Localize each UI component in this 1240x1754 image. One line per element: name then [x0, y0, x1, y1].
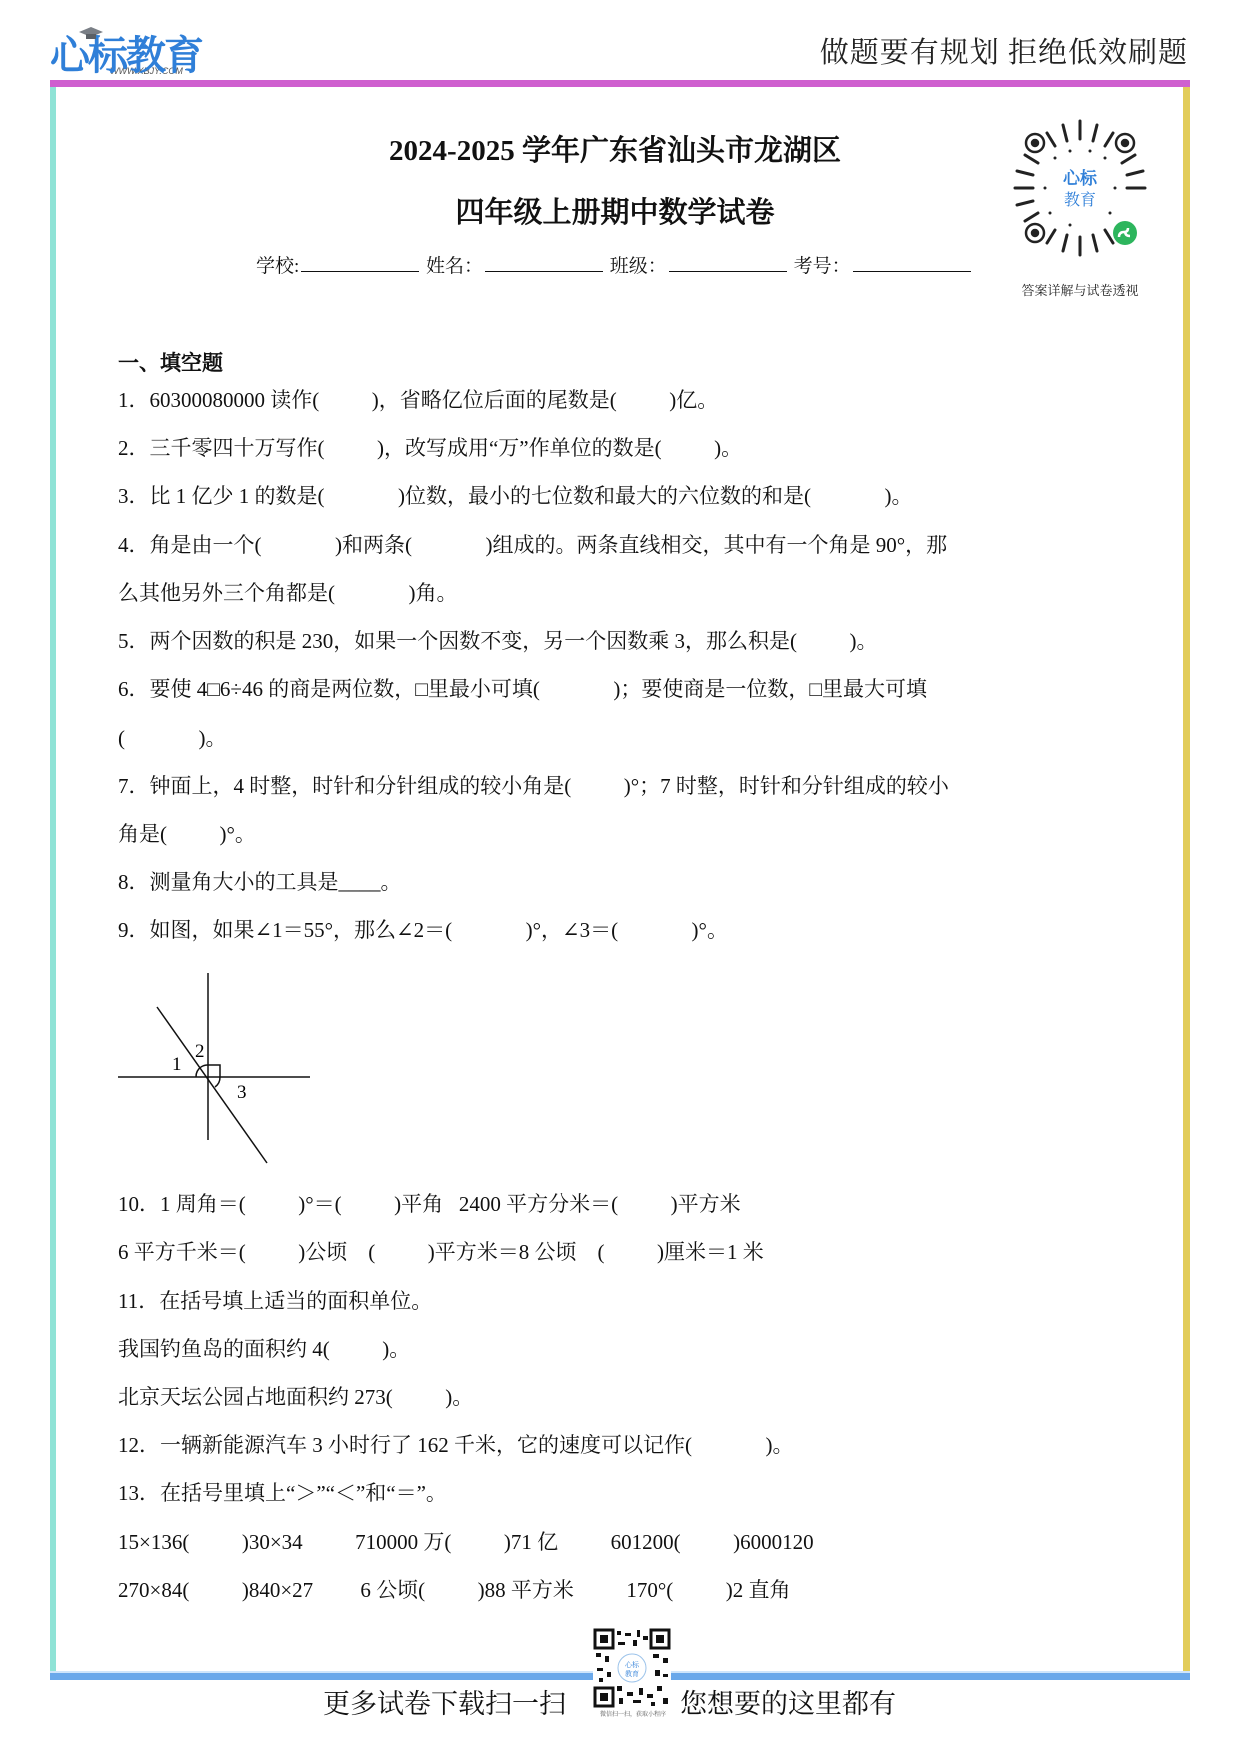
- student-info-row: 学校: 姓名： 班级： 考号：: [256, 251, 973, 278]
- name-field[interactable]: [485, 253, 603, 272]
- svg-text:1: 1: [172, 1054, 182, 1075]
- question-10-line2: 6 平方千米＝( )公顷 ( )平方米＝8 公顷 ( )厘米＝1 米: [118, 1240, 764, 1264]
- footer-qr-caption: 微信扫一扫，获取小程序: [593, 1709, 673, 1718]
- footer-qr-code-icon[interactable]: 心标 教育: [593, 1628, 671, 1708]
- question-6-line1: 6．要使 4□6÷46 的商是两位数，□里最小可填( )；要使商是一位数，□里最…: [118, 677, 927, 701]
- logo-text: 心标教育: [50, 34, 202, 78]
- svg-text:心标: 心标: [625, 1660, 640, 1669]
- svg-text:教育: 教育: [1064, 190, 1096, 209]
- question-9: 9．如图，如果∠1＝55°，那么∠2＝( )°，∠3＝( )°。: [118, 918, 728, 942]
- exam-number-label: 考号：: [794, 256, 851, 277]
- footer-left-text: 更多试卷下载扫一扫: [323, 1682, 566, 1721]
- question-4-line2: 么其他另外三个角都是( )角。: [118, 581, 458, 605]
- question-2: 2．三千零四十万写作( )，改写成用“万”作单位的数是( )。: [118, 436, 742, 460]
- svg-text:心标: 心标: [1063, 168, 1098, 189]
- question-13: 13．在括号里填上“＞”“＜”和“＝”。: [118, 1481, 447, 1505]
- question-6-line2: ( )。: [118, 726, 227, 750]
- exam-number-field[interactable]: [853, 253, 971, 272]
- question-13-row1: 15×136( )30×34 710000 万( )71 亿 601200( )…: [118, 1530, 814, 1554]
- question-11-item1: 我国钓鱼岛的面积约 4( )。: [118, 1337, 410, 1361]
- svg-text:教育: 教育: [625, 1669, 639, 1678]
- question-5: 5．两个因数的积是 230，如果一个因数不变，另一个因数乘 3，那么积是( )。: [118, 629, 877, 653]
- angle-figure: 1 2 3: [115, 970, 315, 1170]
- question-10-line1: 10．1 周角＝( )°＝( )平角 2400 平方分米＝( )平方米: [118, 1192, 741, 1216]
- question-11-item2: 北京天坛公园占地面积约 273( )。: [118, 1385, 473, 1409]
- footer-right-text: 您想要的这里都有: [680, 1682, 896, 1721]
- class-field[interactable]: [669, 253, 787, 272]
- svg-text:2: 2: [195, 1041, 205, 1062]
- brand-logo: 心标教育 WWW.XBJY.COM: [50, 28, 183, 78]
- question-8: 8．测量角大小的工具是____。: [118, 870, 402, 894]
- name-label: 姓名：: [426, 256, 483, 277]
- header-slogan: 做题要有规划 拒绝低效刷题: [820, 30, 1188, 71]
- school-label: 学校:: [256, 256, 299, 277]
- mini-program-code-icon[interactable]: 心标 教育: [1005, 113, 1155, 263]
- question-1: 1．60300080000 读作( )，省略亿位后面的尾数是( )亿。: [118, 388, 718, 412]
- question-12: 12．一辆新能源汽车 3 小时行了 162 千米，它的速度可以记作( )。: [118, 1433, 793, 1457]
- svg-text:3: 3: [237, 1082, 247, 1103]
- school-field[interactable]: [301, 253, 419, 272]
- question-7-line1: 7．钟面上，4 时整，时针和分针组成的较小角是( )°；7 时整，时针和分针组成…: [118, 774, 949, 798]
- question-13-row2: 270×84( )840×27 6 公顷( )88 平方米 170°( )2 直…: [118, 1578, 791, 1602]
- frame-top-bar: [50, 80, 1190, 87]
- frame-right-bar: [1183, 87, 1190, 1675]
- frame-left-bar: [50, 87, 56, 1675]
- question-7-line2: 角是( )°。: [118, 822, 256, 846]
- question-3: 3．比 1 亿少 1 的数是( )位数，最小的七位数和最大的六位数的和是( )。: [118, 484, 912, 508]
- mini-program-caption: 答案详解与试卷透视: [990, 280, 1170, 299]
- class-label: 班级：: [610, 256, 667, 277]
- question-11: 11．在括号填上适当的面积单位。: [118, 1289, 432, 1313]
- section-title-fill-in: 一、填空题: [118, 347, 223, 377]
- graduation-cap-icon: [78, 26, 104, 40]
- question-4-line1: 4．角是由一个( )和两条( )组成的。两条直线相交，其中有一个角是 90°，那: [118, 533, 947, 557]
